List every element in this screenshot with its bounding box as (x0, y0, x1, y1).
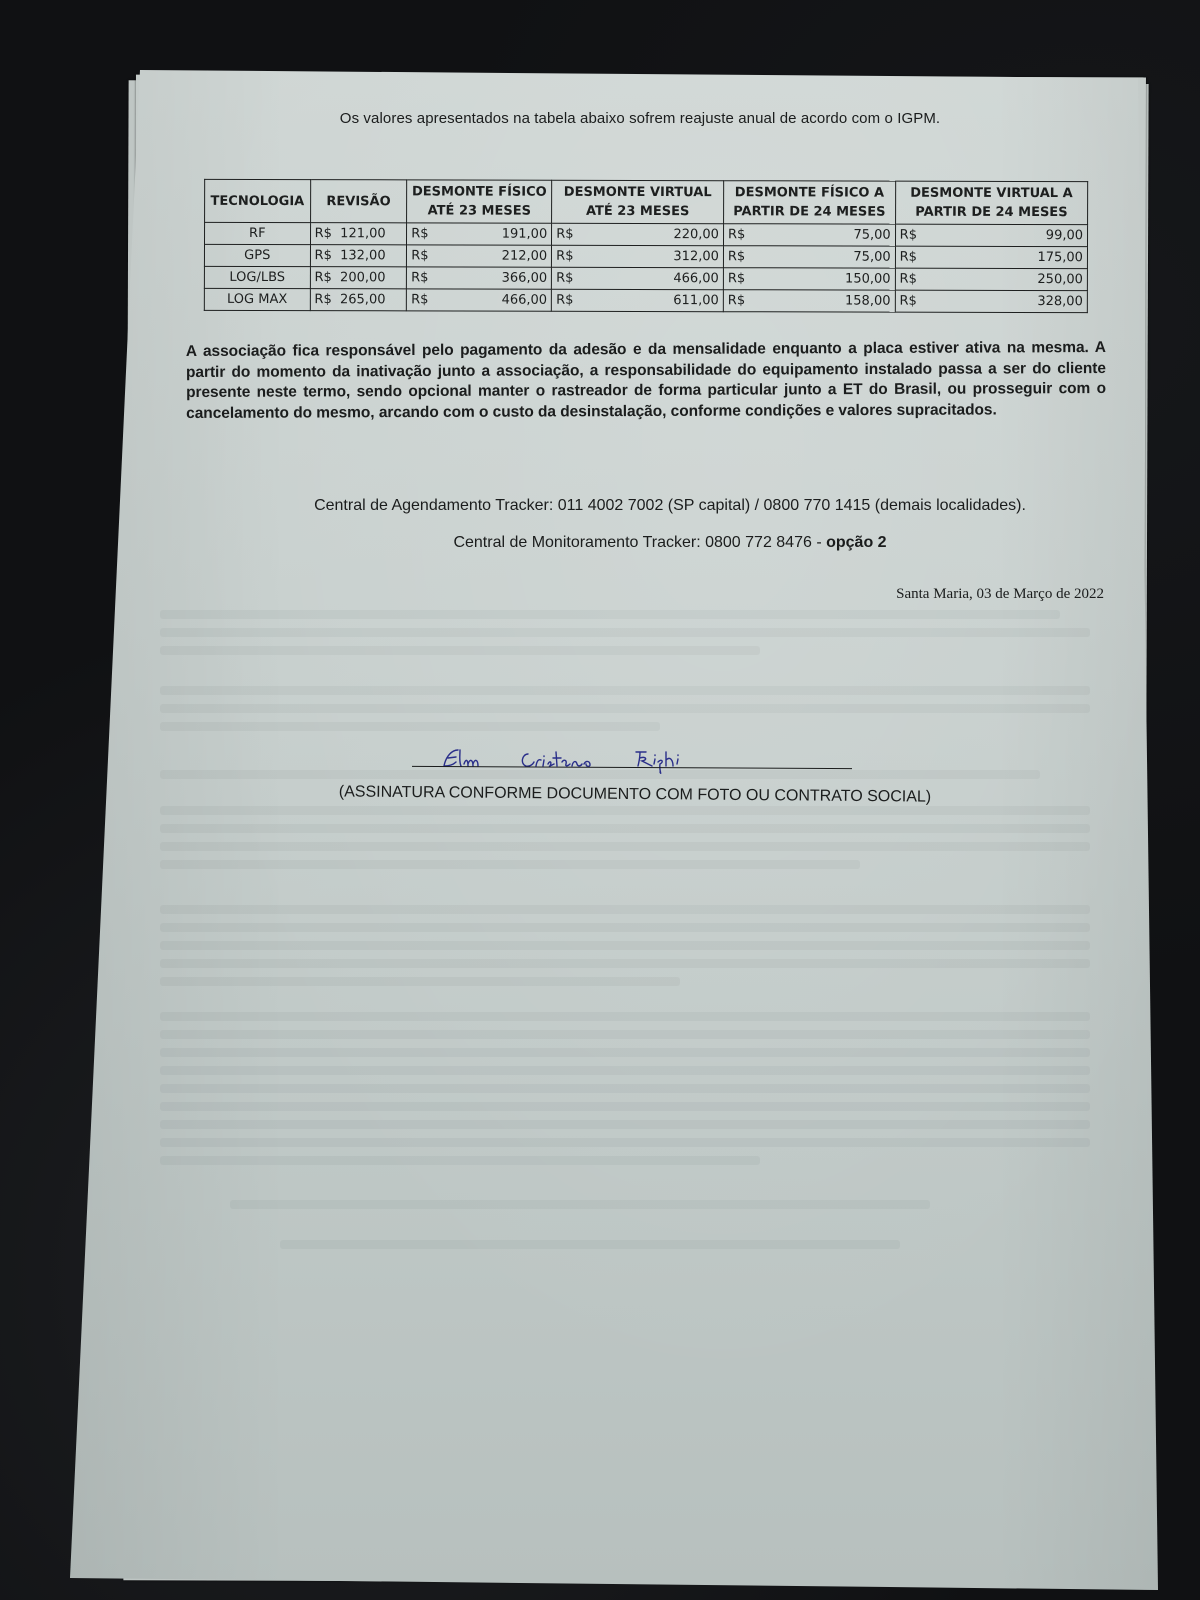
header-fisico-23: DESMONTE FÍSICO ATÉ 23 MESES (407, 180, 552, 223)
cell-virtual-24: R$99,00 (895, 224, 1087, 247)
header-virtual-24: DESMONTE VIRTUAL A PARTIR DE 24 MESES (895, 181, 1087, 225)
price-table: TECNOLOGIA REVISÃO DESMONTE FÍSICO ATÉ 2… (204, 179, 1088, 313)
table-row: LOG/LBSR$ 200,00R$366,00R$466,00R$150,00… (204, 266, 1087, 290)
table-row: GPSR$ 132,00R$212,00R$312,00R$75,00R$175… (204, 244, 1087, 268)
cell-fisico-23: R$191,00 (407, 223, 552, 245)
currency-symbol: R$ (728, 225, 745, 244)
cell-fisico-24: R$150,00 (723, 268, 895, 290)
currency-symbol: R$ (556, 247, 573, 266)
currency-symbol: R$ (728, 269, 745, 288)
amount-value: 220,00 (673, 225, 719, 244)
cell-revisao: R$ 132,00 (310, 245, 407, 267)
currency-symbol: R$ (411, 246, 428, 265)
header-fisico-24: DESMONTE FÍSICO A PARTIR DE 24 MESES (723, 181, 895, 224)
currency-symbol: R$ (900, 270, 917, 289)
cell-revisao: R$ 265,00 (310, 289, 407, 311)
amount-value: 312,00 (673, 247, 719, 266)
amount-value: 99,00 (1046, 226, 1083, 245)
handwritten-signature (440, 742, 740, 776)
cell-fisico-24: R$75,00 (723, 224, 895, 246)
cell-fisico-23: R$212,00 (407, 245, 552, 267)
cell-fisico-24: R$75,00 (723, 246, 895, 268)
monitoring-contact: Central de Monitoramento Tracker: 0800 7… (240, 534, 1100, 552)
currency-symbol: R$ (728, 291, 745, 310)
amount-value: 250,00 (1037, 270, 1083, 289)
currency-symbol: R$ (556, 269, 573, 288)
cell-tecnologia: LOG MAX (204, 288, 310, 310)
table-header-row: TECNOLOGIA REVISÃO DESMONTE FÍSICO ATÉ 2… (205, 179, 1088, 224)
cell-tecnologia: RF (205, 222, 311, 244)
currency-symbol: R$ (900, 226, 917, 245)
currency-symbol: R$ (411, 290, 428, 309)
intro-note: Os valores apresentados na tabela abaixo… (300, 110, 980, 127)
amount-value: 611,00 (673, 291, 719, 310)
date-line: Santa Maria, 03 de Março de 2022 (896, 586, 1104, 603)
cell-tecnologia: GPS (204, 244, 310, 266)
cell-fisico-23: R$366,00 (407, 267, 552, 289)
amount-value: 212,00 (502, 247, 548, 266)
amount-value: 366,00 (502, 269, 548, 288)
header-revisao: REVISÃO (310, 180, 407, 223)
header-virtual-23: DESMONTE VIRTUAL ATÉ 23 MESES (552, 180, 724, 223)
scheduling-contact: Central de Agendamento Tracker: 011 4002… (240, 497, 1100, 515)
amount-value: 466,00 (673, 269, 719, 288)
cell-virtual-23: R$466,00 (552, 267, 724, 289)
monitoring-option: opção 2 (826, 534, 886, 551)
amount-value: 150,00 (845, 270, 891, 289)
responsibility-paragraph: A associação fica responsável pelo pagam… (186, 338, 1106, 424)
signature-caption: (ASSINATURA CONFORME DOCUMENTO COM FOTO … (300, 783, 970, 807)
cell-virtual-24: R$250,00 (895, 268, 1087, 291)
currency-symbol: R$ (411, 268, 428, 287)
currency-symbol: R$ (899, 292, 916, 311)
header-tecnologia: TECNOLOGIA (205, 179, 311, 222)
document-content: Os valores apresentados na tabela abaixo… (0, 0, 1200, 1600)
cell-virtual-24: R$175,00 (895, 246, 1087, 269)
currency-symbol: R$ (411, 224, 428, 243)
amount-value: 328,00 (1037, 292, 1083, 311)
cell-virtual-23: R$220,00 (552, 223, 724, 245)
amount-value: 158,00 (845, 292, 891, 311)
monitoring-contact-text: Central de Monitoramento Tracker: 0800 7… (453, 534, 826, 551)
cell-revisao: R$ 200,00 (310, 267, 407, 289)
cell-fisico-24: R$158,00 (723, 290, 895, 312)
currency-symbol: R$ (556, 225, 573, 244)
cell-virtual-24: R$328,00 (895, 290, 1087, 313)
table-row: LOG MAXR$ 265,00R$466,00R$611,00R$158,00… (204, 288, 1087, 312)
cell-fisico-23: R$466,00 (407, 289, 552, 311)
amount-value: 75,00 (853, 226, 890, 245)
cell-tecnologia: LOG/LBS (204, 266, 310, 288)
currency-symbol: R$ (728, 247, 745, 266)
amount-value: 75,00 (853, 248, 890, 267)
currency-symbol: R$ (556, 291, 573, 310)
currency-symbol: R$ (900, 248, 917, 267)
cell-revisao: R$ 121,00 (310, 223, 407, 245)
amount-value: 175,00 (1037, 248, 1083, 267)
amount-value: 466,00 (502, 291, 548, 310)
amount-value: 191,00 (502, 225, 548, 244)
table-row: RFR$ 121,00R$191,00R$220,00R$75,00R$99,0… (205, 222, 1088, 246)
cell-virtual-23: R$611,00 (552, 289, 724, 311)
cell-virtual-23: R$312,00 (552, 245, 724, 267)
